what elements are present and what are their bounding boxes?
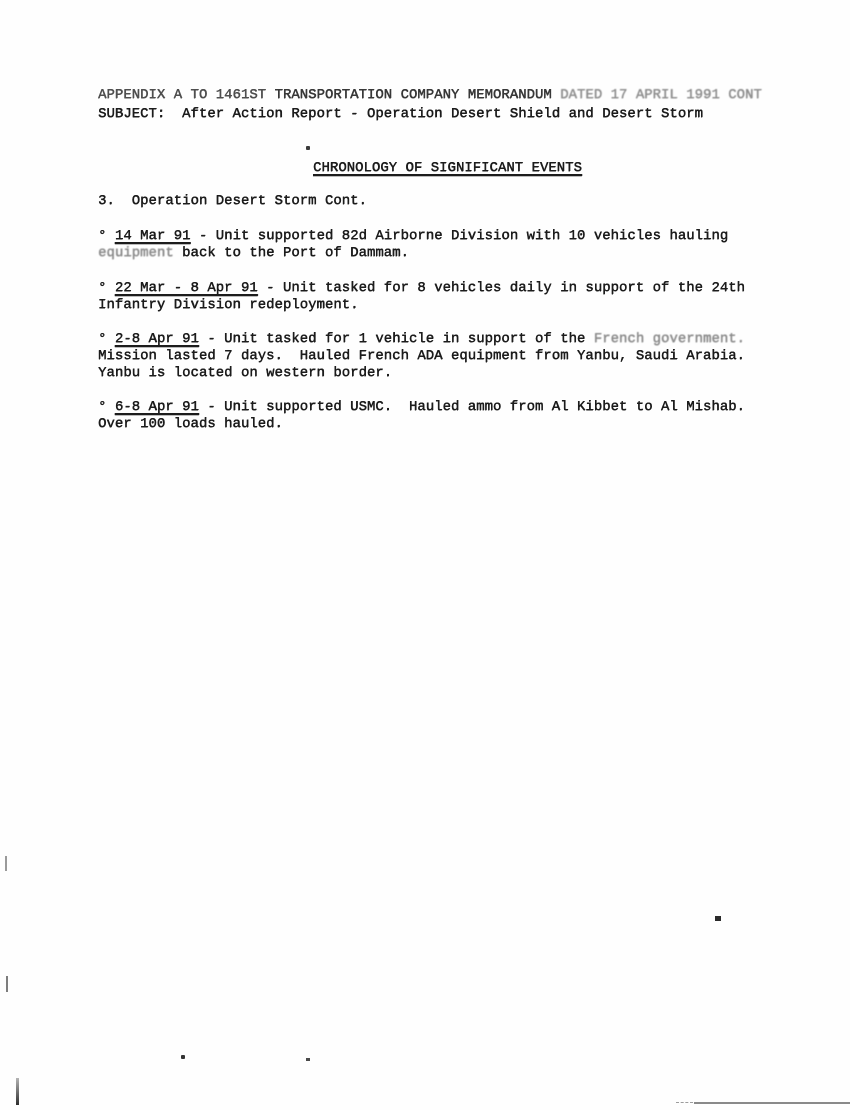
entry-text: - Unit tasked for 1 vehicle in support o… <box>199 331 594 347</box>
entry-text-degraded: equipment <box>98 245 174 261</box>
section-heading: 3. Operation Desert Storm Cont. <box>98 193 367 210</box>
entry-text: back to the Port of Dammam. <box>174 245 409 261</box>
chronology-entry: ° 2-8 Apr 91 - Unit tasked for 1 vehicle… <box>98 331 745 382</box>
scan-speck <box>306 1058 310 1061</box>
scanned-document-page: APPENDIX A TO 1461ST TRANSPORTATION COMP… <box>0 0 850 1110</box>
entry-date: 14 Mar 91 <box>115 228 191 244</box>
header-dated-text: DATED 17 APRIL 1991 CONT <box>560 87 762 103</box>
header-memorandum-text: TRANSPORTATION COMPANY MEMORANDUM <box>274 87 560 103</box>
degree-bullet-icon: ° <box>98 228 115 244</box>
subject-line: SUBJECT: After Action Report - Operation… <box>98 106 703 122</box>
scan-edge-mark <box>16 1078 19 1105</box>
scan-speck <box>306 146 310 150</box>
scan-edge-mark <box>6 976 8 992</box>
degree-bullet-icon: ° <box>98 280 115 296</box>
degree-bullet-icon: ° <box>98 399 115 415</box>
entry-text: - Unit supported 82d Airborne Division w… <box>190 228 728 244</box>
degree-bullet-icon: ° <box>98 331 115 347</box>
scan-bottom-dashes <box>676 1102 693 1103</box>
scan-speck <box>715 916 721 921</box>
entry-text: Mission lasted 7 days. Hauled French ADA… <box>98 348 745 381</box>
chronology-entry: ° 6-8 Apr 91 - Unit supported USMC. Haul… <box>98 399 745 433</box>
scan-edge-mark <box>5 856 7 871</box>
chronology-entry: ° 22 Mar - 8 Apr 91 - Unit tasked for 8 … <box>98 280 745 314</box>
entry-text-degraded: French government. <box>594 331 745 347</box>
chronology-entry: ° 14 Mar 91 - Unit supported 82d Airborn… <box>98 228 728 262</box>
scan-speck <box>181 1055 185 1059</box>
entry-date: 22 Mar - 8 Apr 91 <box>115 280 258 296</box>
entry-date: 2-8 Apr 91 <box>115 331 199 347</box>
header-appendix-text: APPENDIX A TO 1461ST <box>98 87 274 103</box>
document-header: APPENDIX A TO 1461ST TRANSPORTATION COMP… <box>98 86 762 124</box>
page-title: CHRONOLOGY OF SIGNIFICANT EVENTS <box>313 160 582 177</box>
entry-date: 6-8 Apr 91 <box>115 399 199 415</box>
scan-bottom-line <box>694 1102 850 1104</box>
